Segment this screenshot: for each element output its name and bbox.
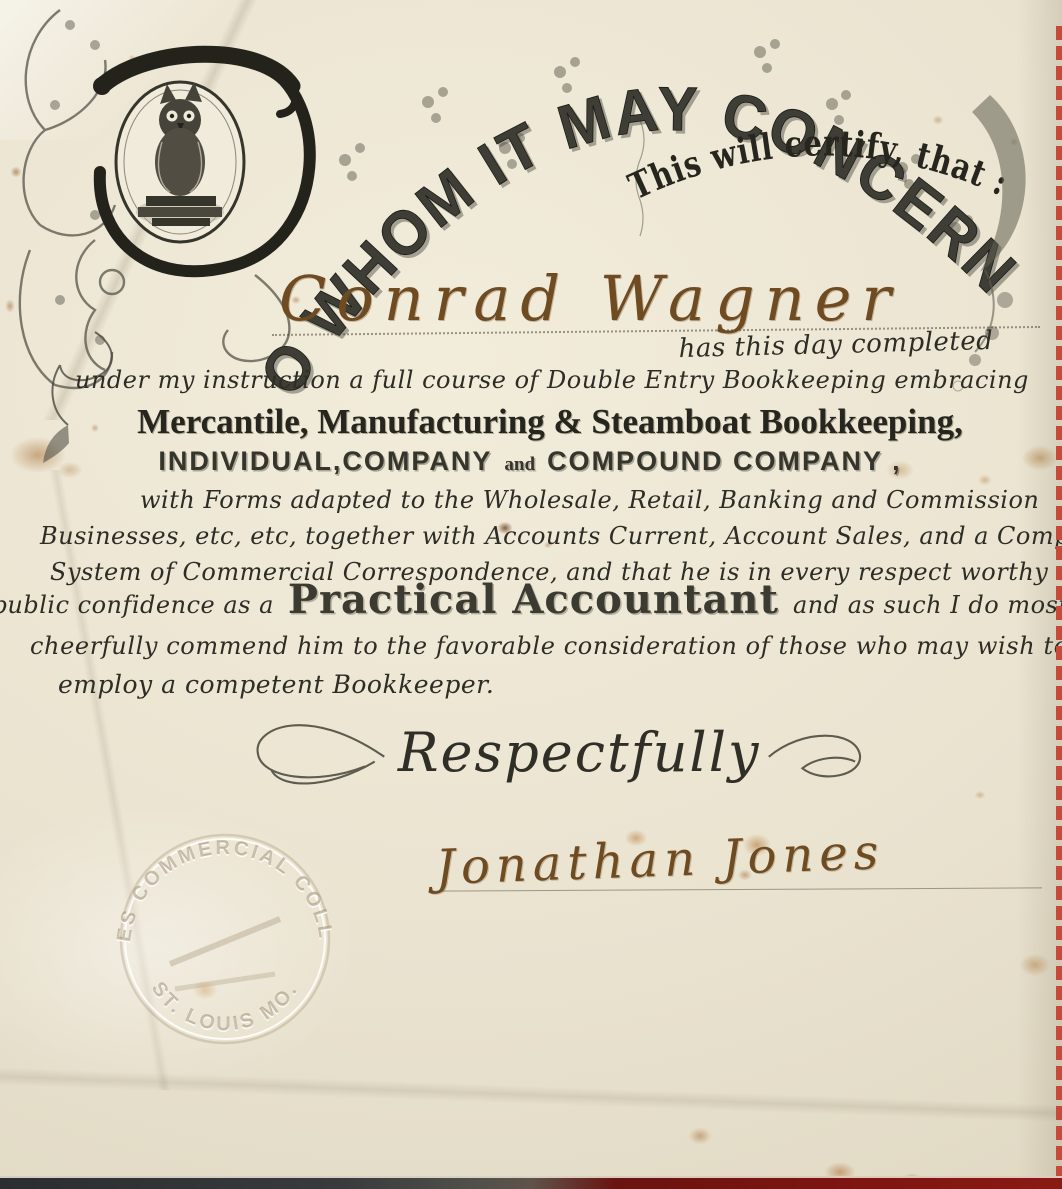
seal-text-top: JONES COMMERCIAL COLLEGE	[98, 812, 337, 943]
body-line: with Forms adapted to the Wholesale, Ret…	[140, 486, 920, 514]
scan-bottom-edge	[0, 1176, 1062, 1189]
closing-line: employ a competent Bookkeeper.	[58, 670, 578, 699]
course-title-gothic: Mercantile, Manufacturing & Steamboat Bo…	[70, 402, 1030, 442]
practical-accountant-highlight: Practical Accountant	[288, 576, 779, 623]
owl-icon	[116, 82, 244, 242]
caps-part2: COMPOUND COMPANY ,	[547, 446, 902, 477]
flourish-right	[764, 717, 870, 787]
instruction-line: under my instruction a full course of Do…	[75, 366, 1015, 394]
confidence-line: public confidence as a Practical Account…	[30, 576, 1030, 623]
body-line: Businesses, etc, etc, together with Acco…	[40, 522, 1040, 550]
course-title-caps: INDIVIDUAL,COMPANY and COMPOUND COMPANY …	[150, 446, 910, 477]
binding-stitch-edge	[1056, 26, 1062, 1179]
closing-line: cheerfully commend him to the favorable …	[30, 632, 1030, 660]
certificate-page: O WHOM IT MAY CONCERN This will certify,…	[0, 0, 1062, 1189]
respectfully-text: Respectfully	[398, 721, 761, 784]
caps-part1: INDIVIDUAL,COMPANY	[158, 446, 492, 477]
embossed-seal: JONES COMMERCIAL COLLEGE JONES COMMERCIA…	[98, 812, 353, 1067]
flourish-left	[250, 712, 394, 792]
recipient-name: Conrad Wagner	[240, 262, 940, 335]
respectfully-script: Respectfully	[250, 712, 870, 792]
caps-conjunction: and	[504, 454, 535, 476]
confidence-prefix: public confidence as a	[0, 591, 274, 619]
hanging-squiggle	[636, 120, 644, 236]
drop-cap-t	[93, 54, 310, 271]
signature: Jonathan Jones	[379, 822, 941, 898]
confidence-suffix: and as such I do most	[793, 591, 1062, 619]
margin-flourish	[43, 332, 112, 463]
certify-line: This will certify, that :	[622, 122, 1014, 208]
